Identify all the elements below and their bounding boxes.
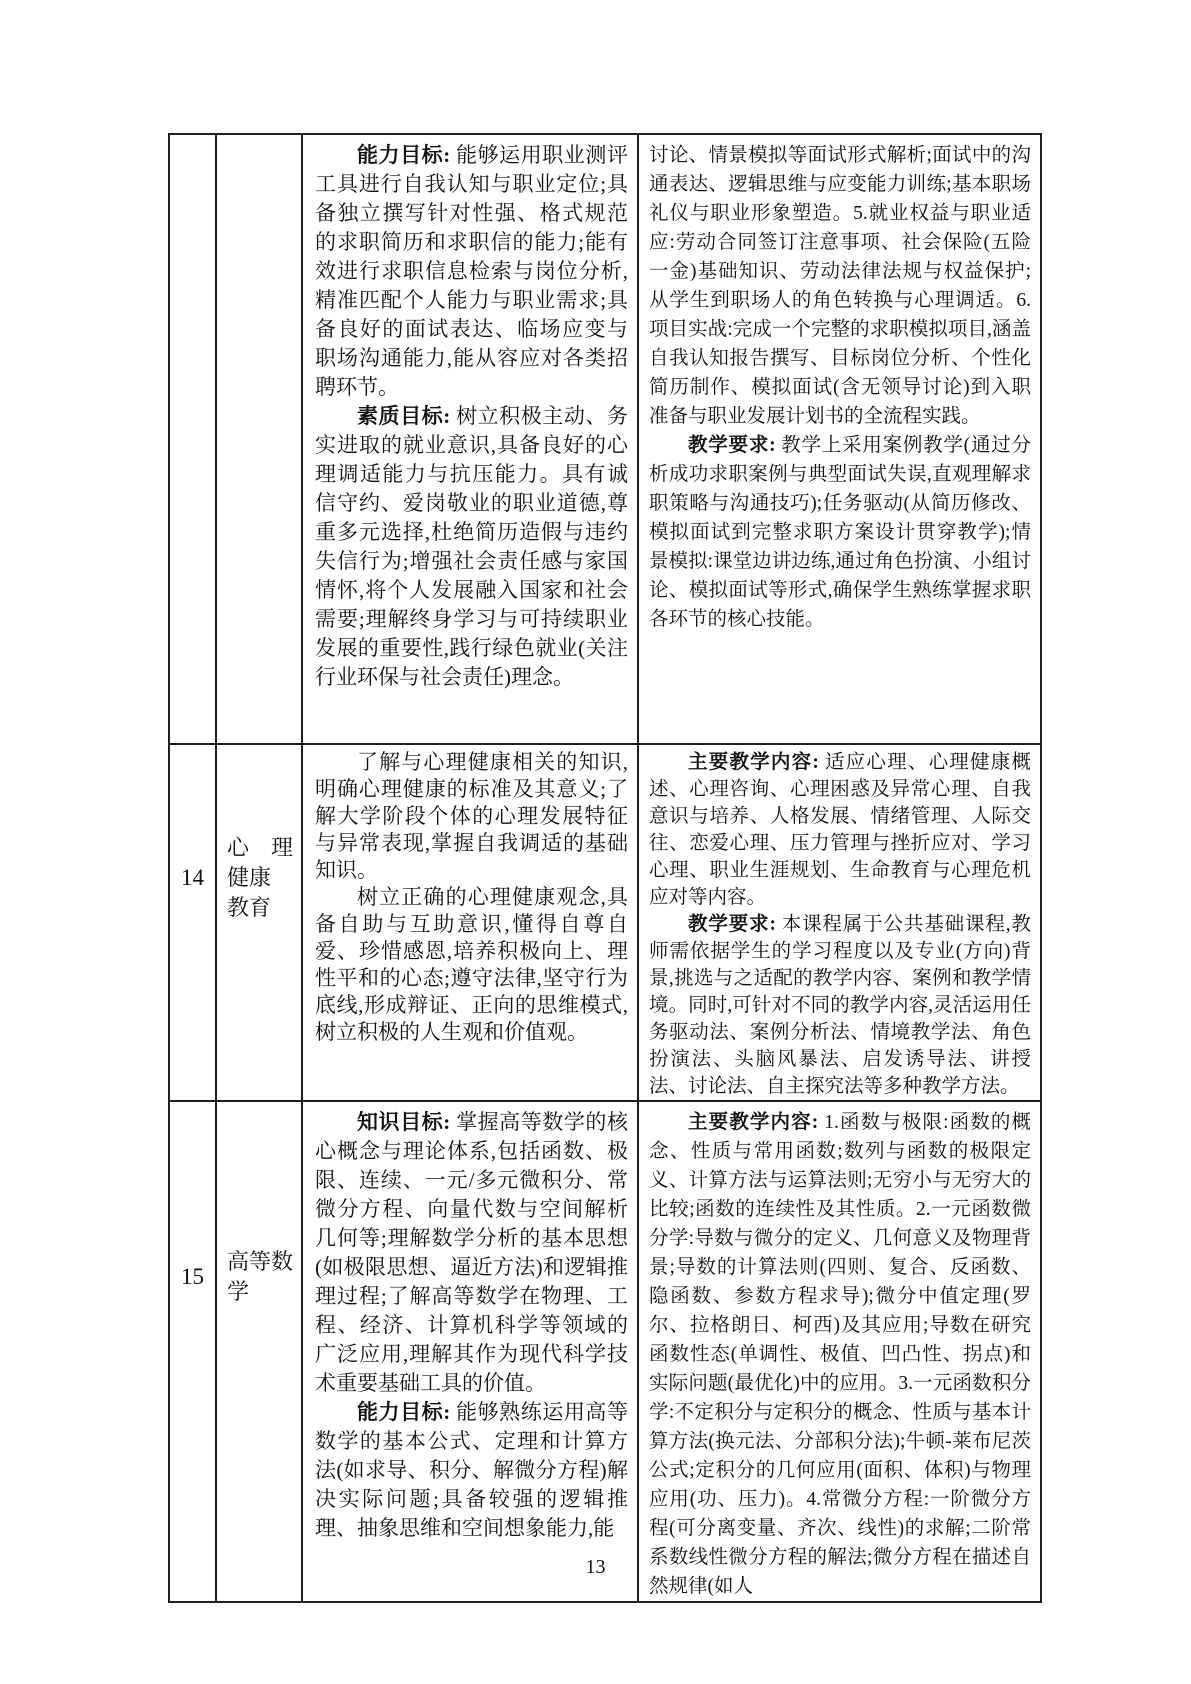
paragraph: 能力目标: 能够运用职业测评工具进行自我认知与职业定位;具备独立撰写针对性强、格… — [315, 141, 628, 402]
paragraph: 树立正确的心理健康观念,具备自助与互助意识,懂得自尊自爱、珍惜感恩,培养积极向上… — [315, 884, 628, 1046]
paragraph-label: 能力目标: — [357, 143, 456, 167]
paragraph: 能力目标: 能够熟练运用高等数学的基本公式、定理和计算方法(如求导、积分、解微分… — [315, 1398, 628, 1543]
paragraph: 主要教学内容: 1.函数与极限:函数的概念、性质与常用函数;数列与函数的极限定义… — [649, 1108, 1031, 1601]
course-goals-cell: 知识目标: 掌握高等数学的核心概念与理论体系,包括函数、极限、连续、一元/多元微… — [302, 1101, 638, 1602]
syllabus-table: 能力目标: 能够运用职业测评工具进行自我认知与职业定位;具备独立撰写针对性强、格… — [168, 133, 1042, 1603]
course-name-line: 高等数 — [227, 1247, 291, 1277]
paragraph: 素质目标: 树立积极主动、务实进取的就业意识,具备良好的心理调适能力与抗压能力。… — [315, 402, 628, 692]
course-name-line: 学 — [227, 1277, 291, 1307]
paragraph: 主要教学内容: 适应心理、心理健康概述、心理咨询、心理困惑及异常心理、自我意识与… — [649, 749, 1031, 911]
page-number: 13 — [0, 1556, 1191, 1579]
teaching-content-cell: 讨论、情景模拟等面试形式解析;面试中的沟通表达、逻辑思维与应变能力训练;基本职场… — [638, 134, 1041, 744]
course-name-cell: 心 理健康教育 — [216, 744, 302, 1101]
paragraph-label: 主要教学内容: — [688, 752, 825, 773]
paragraph-label: 教学要求: — [688, 914, 782, 935]
paragraph: 教学要求: 本课程属于公共基础课程,教师需依据学生的学习程度以及专业(方向)背景… — [649, 911, 1031, 1100]
course-name-line: 教育 — [227, 893, 291, 923]
paragraph-label: 素质目标: — [357, 404, 456, 428]
teaching-content-cell: 主要教学内容: 1.函数与极限:函数的概念、性质与常用函数;数列与函数的极限定义… — [638, 1101, 1041, 1602]
document-page: 能力目标: 能够运用职业测评工具进行自我认知与职业定位;具备独立撰写针对性强、格… — [0, 0, 1191, 1684]
paragraph-label: 知识目标: — [357, 1110, 456, 1134]
row-number-cell: 14 — [169, 744, 216, 1101]
table-row-14: 14 心 理健康教育 了解与心理健康相关的知识,明确心理健康的标准及其意义;了解… — [169, 744, 1041, 1101]
course-goals-cell: 了解与心理健康相关的知识,明确心理健康的标准及其意义;了解大学阶段个体的心理发展… — [302, 744, 638, 1101]
row-number-cell: 15 — [169, 1101, 216, 1602]
row-number-cell — [169, 134, 216, 744]
paragraph-label: 教学要求: — [688, 435, 781, 456]
paragraph: 教学要求: 教学上采用案例教学(通过分析成功求职案例与典型面试失误,直观理解求职… — [649, 431, 1031, 634]
table-row-15: 15 高等数学 知识目标: 掌握高等数学的核心概念与理论体系,包括函数、极限、连… — [169, 1101, 1041, 1602]
paragraph-label: 主要教学内容: — [688, 1112, 824, 1133]
paragraph-label: 能力目标: — [357, 1400, 456, 1424]
paragraph: 知识目标: 掌握高等数学的核心概念与理论体系,包括函数、极限、连续、一元/多元微… — [315, 1108, 628, 1398]
course-name-line: 健康 — [227, 863, 291, 893]
course-name-line: 心 理 — [227, 833, 291, 863]
paragraph: 了解与心理健康相关的知识,明确心理健康的标准及其意义;了解大学阶段个体的心理发展… — [315, 749, 628, 884]
course-name-cell: 高等数学 — [216, 1101, 302, 1602]
table-row-13-continued: 能力目标: 能够运用职业测评工具进行自我认知与职业定位;具备独立撰写针对性强、格… — [169, 134, 1041, 744]
teaching-content-cell: 主要教学内容: 适应心理、心理健康概述、心理咨询、心理困惑及异常心理、自我意识与… — [638, 744, 1041, 1101]
course-name-cell — [216, 134, 302, 744]
paragraph: 讨论、情景模拟等面试形式解析;面试中的沟通表达、逻辑思维与应变能力训练;基本职场… — [649, 141, 1031, 431]
course-goals-cell: 能力目标: 能够运用职业测评工具进行自我认知与职业定位;具备独立撰写针对性强、格… — [302, 134, 638, 744]
